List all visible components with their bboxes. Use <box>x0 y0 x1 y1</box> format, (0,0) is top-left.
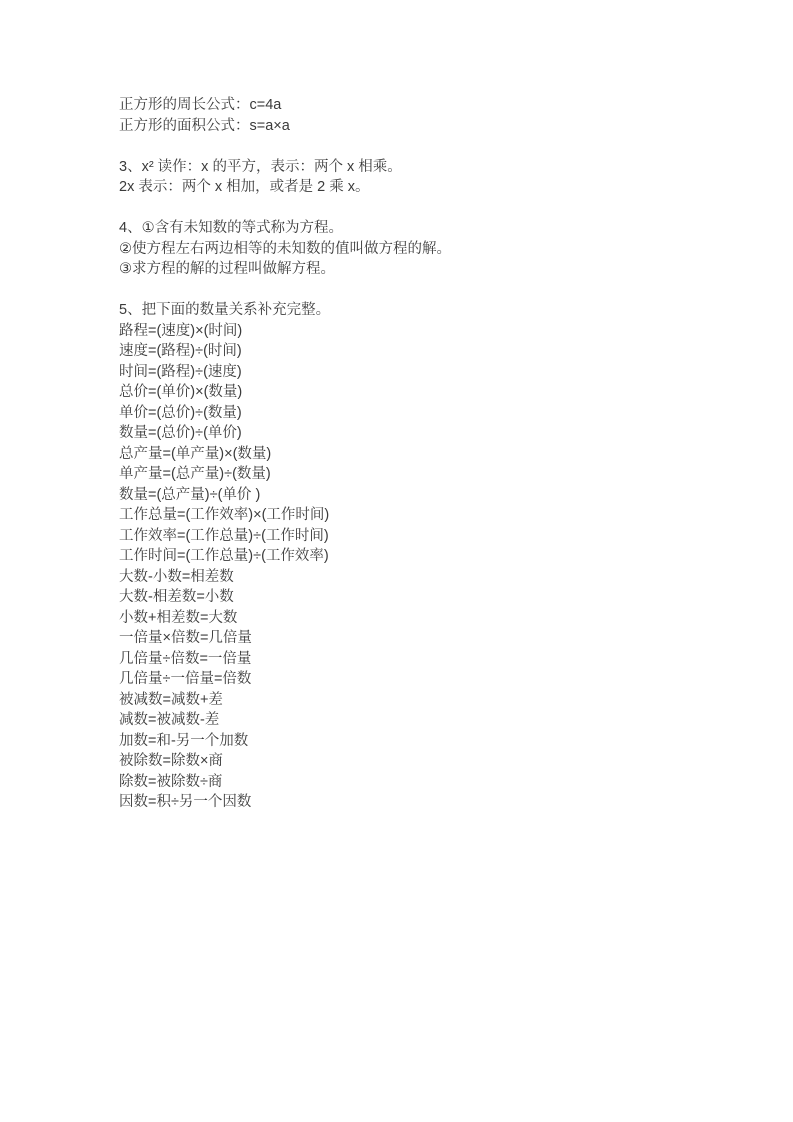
section-x-squared-notes: 3、x² 读作：x 的平方，表示：两个 x 相乘。2x 表示：两个 x 相加，或… <box>119 157 699 198</box>
text-line: 总产量=(单产量)×(数量) <box>119 444 699 465</box>
document-content: 正方形的周长公式：c=4a正方形的面积公式：s=a×a 3、x² 读作：x 的平… <box>119 95 699 833</box>
text-line: 大数-小数=相差数 <box>119 567 699 588</box>
text-line: ②使方程左右两边相等的未知数的值叫做方程的解。 <box>119 239 699 260</box>
text-line: 4、①含有未知数的等式称为方程。 <box>119 218 699 239</box>
text-line: 正方形的面积公式：s=a×a <box>119 116 699 137</box>
text-line: 除数=被除数÷商 <box>119 772 699 793</box>
section-equation-definitions: 4、①含有未知数的等式称为方程。②使方程左右两边相等的未知数的值叫做方程的解。③… <box>119 218 699 280</box>
text-line: 加数=和-另一个加数 <box>119 731 699 752</box>
text-line: 时间=(路程)÷(速度) <box>119 362 699 383</box>
text-line: 工作总量=(工作效率)×(工作时间) <box>119 505 699 526</box>
text-line: 单价=(总价)÷(数量) <box>119 403 699 424</box>
text-line: 小数+相差数=大数 <box>119 608 699 629</box>
text-line: 5、把下面的数量关系补充完整。 <box>119 300 699 321</box>
section-quantity-relations: 5、把下面的数量关系补充完整。路程=(速度)×(时间)速度=(路程)÷(时间)时… <box>119 300 699 813</box>
text-line: 路程=(速度)×(时间) <box>119 321 699 342</box>
document-page: 正方形的周长公式：c=4a正方形的面积公式：s=a×a 3、x² 读作：x 的平… <box>0 0 793 1122</box>
text-line: 工作时间=(工作总量)÷(工作效率) <box>119 546 699 567</box>
text-line: 几倍量÷倍数=一倍量 <box>119 649 699 670</box>
text-line: 一倍量×倍数=几倍量 <box>119 628 699 649</box>
text-line: 被除数=除数×商 <box>119 751 699 772</box>
text-line: 被减数=减数+差 <box>119 690 699 711</box>
section-square-formulas: 正方形的周长公式：c=4a正方形的面积公式：s=a×a <box>119 95 699 136</box>
text-line: 正方形的周长公式：c=4a <box>119 95 699 116</box>
text-line: 3、x² 读作：x 的平方，表示：两个 x 相乘。 <box>119 157 699 178</box>
text-line: 速度=(路程)÷(时间) <box>119 341 699 362</box>
text-line: 减数=被减数-差 <box>119 710 699 731</box>
text-line: 数量=(总产量)÷(单价 ) <box>119 485 699 506</box>
text-line: 单产量=(总产量)÷(数量) <box>119 464 699 485</box>
text-line: 数量=(总价)÷(单价) <box>119 423 699 444</box>
text-line: 工作效率=(工作总量)÷(工作时间) <box>119 526 699 547</box>
text-line: ③求方程的解的过程叫做解方程。 <box>119 259 699 280</box>
text-line: 大数-相差数=小数 <box>119 587 699 608</box>
text-line: 总价=(单价)×(数量) <box>119 382 699 403</box>
text-line: 几倍量÷一倍量=倍数 <box>119 669 699 690</box>
text-line: 因数=积÷另一个因数 <box>119 792 699 813</box>
text-line: 2x 表示：两个 x 相加，或者是 2 乘 x。 <box>119 177 699 198</box>
